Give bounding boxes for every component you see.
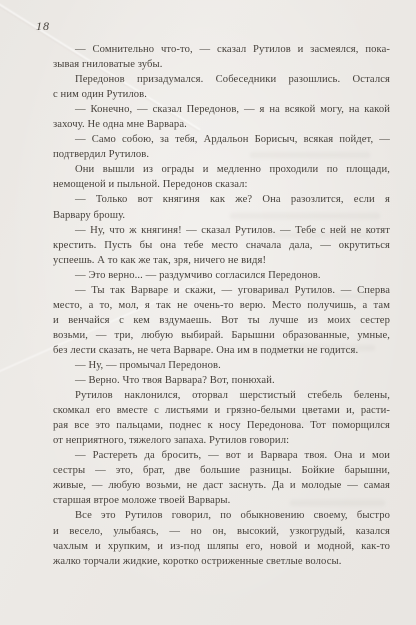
paragraph: — Растереть да бросить, — вот и Варвара …: [53, 448, 390, 508]
text-line: рая все это пальцами, поднес к носу Пере…: [53, 418, 390, 433]
text-line: чахлым и хрупким, и из-под шляпы его, но…: [53, 539, 390, 554]
text-line: — Это верно... — раздумчиво согласился П…: [53, 268, 390, 283]
text-line: и весело, улыбаясь, — но он, высокий, уз…: [53, 524, 390, 539]
paragraph: — Ну, — промычал Передонов.: [53, 358, 390, 373]
paragraph: — Верно. Что твоя Варвара? Вот, понюхай.: [53, 373, 390, 388]
text-line: от неприятного, тяжелого запаха. Рутилов…: [53, 433, 390, 448]
text-line: успеешь. А то как же так, зря, ничего не…: [53, 253, 390, 268]
paragraph: — Само собою, за тебя, Ардальон Борисыч,…: [53, 132, 390, 162]
text-line: живые, — любую возьми, не даст заснуть. …: [53, 478, 390, 493]
text-line: и венчайся с кем вздумаешь. Вот ты лучше…: [53, 313, 390, 328]
text-line: возьми, — три, любую выбирай. Барышни об…: [53, 328, 390, 343]
text-line: — Само собою, за тебя, Ардальон Борисыч,…: [53, 132, 390, 147]
book-page: 18 — Сомнительно что-то, — сказал Рутило…: [0, 0, 416, 625]
text-line: — Растереть да бросить, — вот и Варвара …: [53, 448, 390, 463]
text-line: немощеной и пыльной. Передонов сказал:: [53, 177, 390, 192]
paragraph: Рутилов наклонился, оторвал шерстистый с…: [53, 388, 390, 448]
text-line: — Ну, что ж княгиня! — сказал Рутилов. —…: [53, 223, 390, 238]
paragraph: — Сомнительно что-то, — сказал Рутилов и…: [53, 42, 390, 72]
text-line: — Только вот княгиня как же? Она разозли…: [53, 192, 390, 207]
text-line: зывая гниловатые зубы.: [53, 57, 390, 72]
text-line: сестры — это, брат, две большие разницы.…: [53, 463, 390, 478]
text-line: Рутилов наклонился, оторвал шерстистый с…: [53, 388, 390, 403]
paragraph: Все это Рутилов говорил, по обыкновению …: [53, 508, 390, 568]
paragraph: — Это верно... — раздумчиво согласился П…: [53, 268, 390, 283]
text-line: жалко торчали жидкие, коротко остриженны…: [53, 554, 390, 569]
text-line: скомкал его вместе с листьями и грязно-б…: [53, 403, 390, 418]
text-line: захочу. Не одна мне Варвара.: [53, 117, 390, 132]
text-line: с ним один Рутилов.: [53, 87, 390, 102]
paragraph: Передонов призадумался. Собеседники разо…: [53, 72, 390, 102]
text-line: — Верно. Что твоя Варвара? Вот, понюхай.: [53, 373, 390, 388]
text-line: подтвердил Рутилов.: [53, 147, 390, 162]
text-line: Передонов призадумался. Собеседники разо…: [53, 72, 390, 87]
paragraph: — Ты так Варваре и скажи, — уговаривал Р…: [53, 283, 390, 358]
text-line: старшая втрое моложе твоей Варвары.: [53, 493, 390, 508]
text-line: Они вышли из ограды и медленно проходили…: [53, 162, 390, 177]
text-line: без лести сказать, не чета Варваре. Она …: [53, 343, 390, 358]
text-line: — Ну, — промычал Передонов.: [53, 358, 390, 373]
text-line: Все это Рутилов говорил, по обыкновению …: [53, 508, 390, 523]
text-line: Варвару брошу.: [53, 208, 390, 223]
text-line: крестить. Пусть бы она тебе место сначал…: [53, 238, 390, 253]
text-line: — Конечно, — сказал Передонов, — я на вс…: [53, 102, 390, 117]
paragraph: Они вышли из ограды и медленно проходили…: [53, 162, 390, 192]
text-line: место, а то, мол, я так не очень-то верю…: [53, 298, 390, 313]
paragraph: — Только вот княгиня как же? Она разозли…: [53, 192, 390, 222]
text-block: — Сомнительно что-то, — сказал Рутилов и…: [53, 42, 390, 569]
text-line: — Сомнительно что-то, — сказал Рутилов и…: [53, 42, 390, 57]
paragraph: — Конечно, — сказал Передонов, — я на вс…: [53, 102, 390, 132]
paragraph: — Ну, что ж княгиня! — сказал Рутилов. —…: [53, 223, 390, 268]
page-number: 18: [36, 19, 50, 34]
text-line: — Ты так Варваре и скажи, — уговаривал Р…: [53, 283, 390, 298]
